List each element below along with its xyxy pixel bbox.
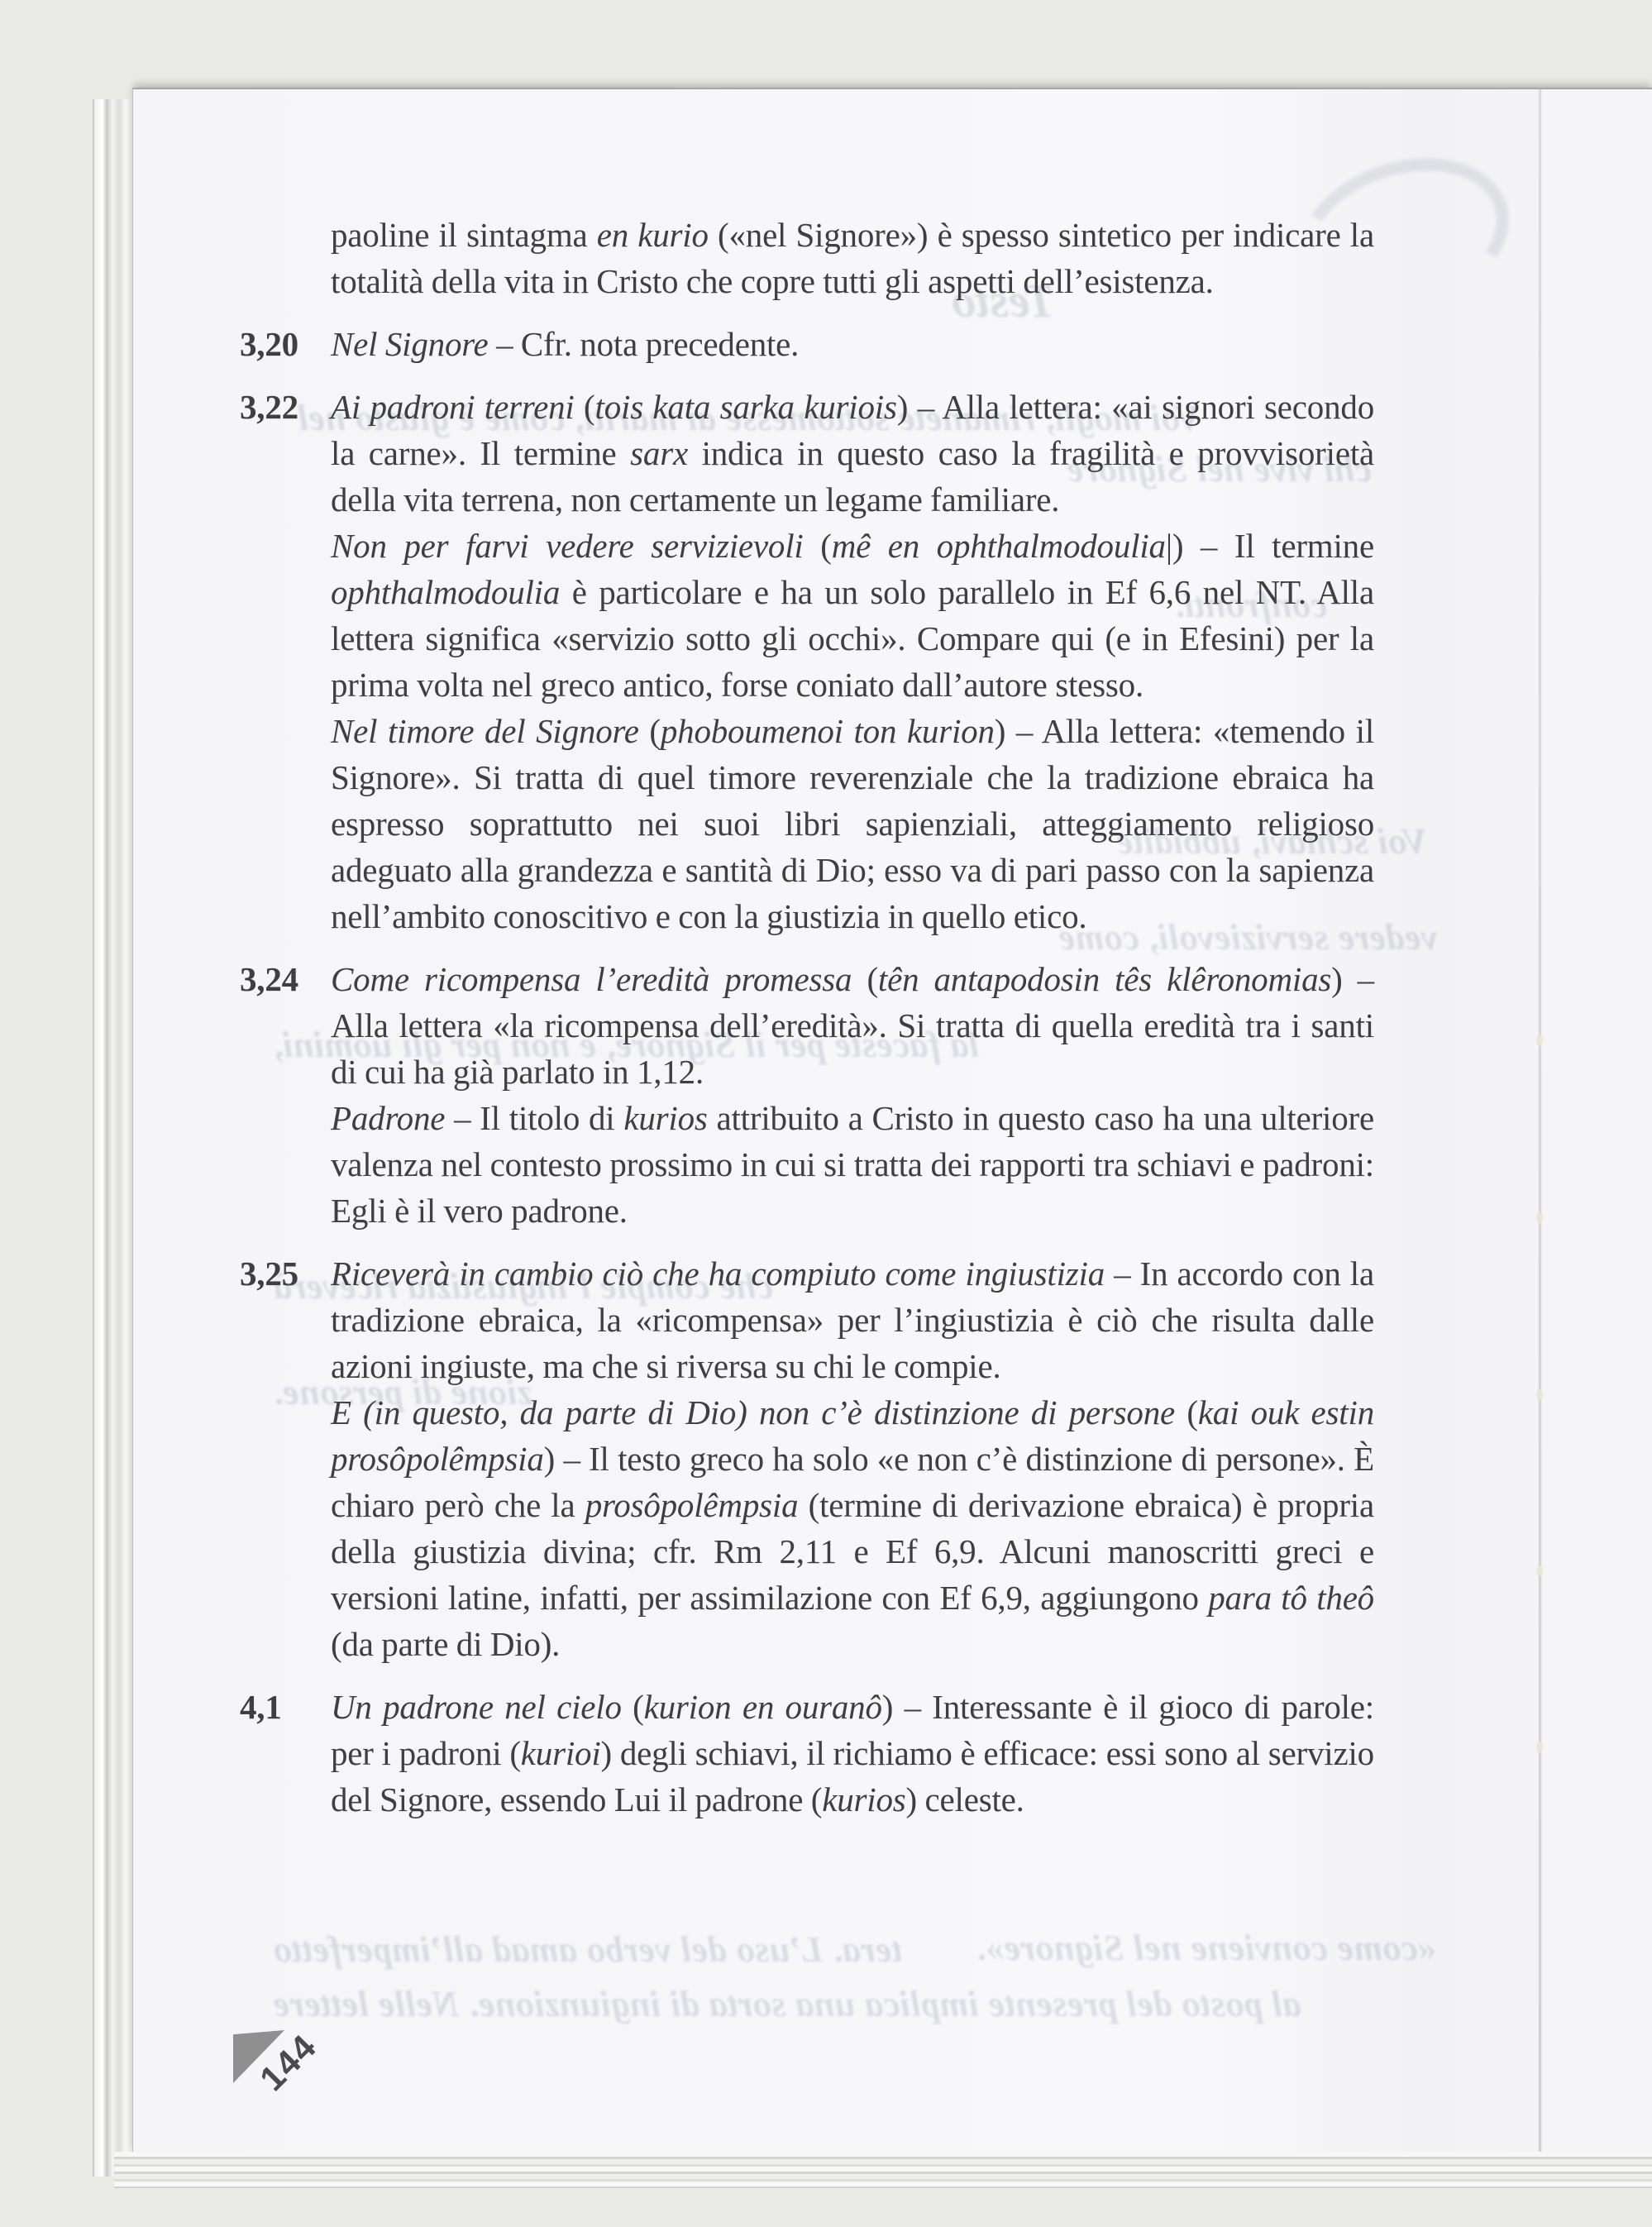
note-paragraph: Padrone – Il titolo di kurios attribuito… [331,1095,1374,1234]
lemma-italic: sarx [630,434,688,472]
lemma-italic: en kurio [597,216,709,254]
note-run: paoline il sintagma [331,216,597,254]
lemma-italic: kurion en ouranô [644,1688,882,1726]
binding-stitch-icon [1536,1742,1543,1752]
note-run: ( [639,712,661,750]
verse-number: 4,1 [240,1684,331,1823]
lemma-italic: ophthalmodoulia [331,573,560,611]
note-run: ( [852,960,878,998]
note-text: Come ricompensa l’eredità promessa (tên … [331,956,1374,1234]
lemma-italic: Padrone [331,1099,445,1137]
verse-number [240,212,331,304]
note-text: Ai padroni terreni (tois kata sarka kuri… [331,384,1374,939]
verse-number: 3,22 [240,384,331,939]
note-run: – Cfr. nota precedente. [489,325,800,363]
note-paragraph: Come ricompensa l’eredità promessa (tên … [331,956,1374,1095]
note-run: (da parte di Dio). [331,1625,560,1663]
lemma-italic: tois kata sarka kuriois [595,388,897,426]
note-paragraph: Non per farvi vedere servizievoli (mê en… [331,523,1374,708]
lemma-italic: prosôpolêmpsia [585,1486,799,1524]
gutter-facing-leaf [1541,89,1652,2152]
note-text: Nel Signore – Cfr. nota precedente. [331,321,1374,367]
lemma-italic: kurioi [521,1734,601,1772]
note-entry: 3,25Riceverà in cambio ciò che ha compiu… [240,1250,1374,1667]
commentary-notes: paoline il sintagma en kurio («nel Signo… [240,212,1374,1839]
lemma-italic: Nel timore del Signore [331,712,639,750]
page-stack-left-edge [93,99,132,2177]
note-run: |) – Il termine [1166,527,1374,565]
verse-number: 3,25 [240,1250,331,1667]
verse-number: 3,24 [240,956,331,1234]
note-paragraph: E (in questo, da parte di Dio) non c’è d… [331,1389,1374,1667]
note-text: Riceverà in cambio ciò che ha compiuto c… [331,1250,1374,1667]
note-run: – Il titolo di [445,1099,623,1137]
lemma-italic: Come ricompensa l’eredità promessa [331,960,852,998]
note-paragraph: Ai padroni terreni (tois kata sarka kuri… [331,384,1374,523]
scanned-book-page: TestoVoi mogli, rimanete sottomesse ai m… [0,0,1652,2227]
note-entry: 3,20Nel Signore – Cfr. nota precedente. [240,321,1374,367]
note-run: ) celeste. [906,1780,1024,1818]
note-paragraph: Nel Signore – Cfr. nota precedente. [331,321,1374,367]
note-text: paoline il sintagma en kurio («nel Signo… [331,212,1374,304]
note-entry-continuation: paoline il sintagma en kurio («nel Signo… [240,212,1374,304]
note-run: ( [804,527,832,565]
note-text: Un padrone nel cielo (kurion en ouranô) … [331,1684,1374,1823]
lemma-italic: Ai padroni terreni [331,388,575,426]
lemma-italic: Riceverà in cambio ciò che ha compiuto c… [331,1254,1105,1293]
note-entry: 4,1Un padrone nel cielo (kurion en ouran… [240,1684,1374,1823]
page-stack-bottom-edge [114,2152,1652,2188]
note-run: ( [1175,1393,1198,1431]
lemma-italic: Nel Signore [331,325,489,363]
binding-stitch-icon [1536,1389,1543,1400]
lemma-italic: mê en ophthalmodoulia [832,527,1166,565]
note-paragraph: paoline il sintagma en kurio («nel Signo… [331,212,1374,304]
binding-stitch-icon [1536,1035,1543,1046]
lemma-italic: tên antapodosin tês klêronomias [878,960,1331,998]
lemma-italic: para tô theô [1208,1579,1374,1617]
note-run: ( [575,388,595,426]
binding-stitch-icon [1536,1212,1543,1223]
lemma-italic: kurios [623,1099,707,1137]
note-run: ( [622,1688,644,1726]
note-paragraph: Nel timore del Signore (phoboumenoi ton … [331,708,1374,939]
lemma-italic: phoboumenoi ton kurion [661,712,995,750]
note-entry: 3,22Ai padroni terreni (tois kata sarka … [240,384,1374,939]
binding-gutter-line [1539,89,1541,2152]
binding-stitch-icon [1536,1565,1543,1576]
verse-number: 3,20 [240,321,331,367]
note-entry: 3,24Come ricompensa l’eredità promessa (… [240,956,1374,1234]
lemma-italic: kurios [822,1780,905,1818]
note-paragraph: Riceverà in cambio ciò che ha compiuto c… [331,1250,1374,1389]
note-paragraph: Un padrone nel cielo (kurion en ouranô) … [331,1684,1374,1823]
lemma-italic: E (in questo, da parte di Dio) non c’è d… [331,1393,1175,1431]
lemma-italic: Non per farvi vedere servizievoli [331,527,804,565]
lemma-italic: Un padrone nel cielo [331,1688,622,1726]
